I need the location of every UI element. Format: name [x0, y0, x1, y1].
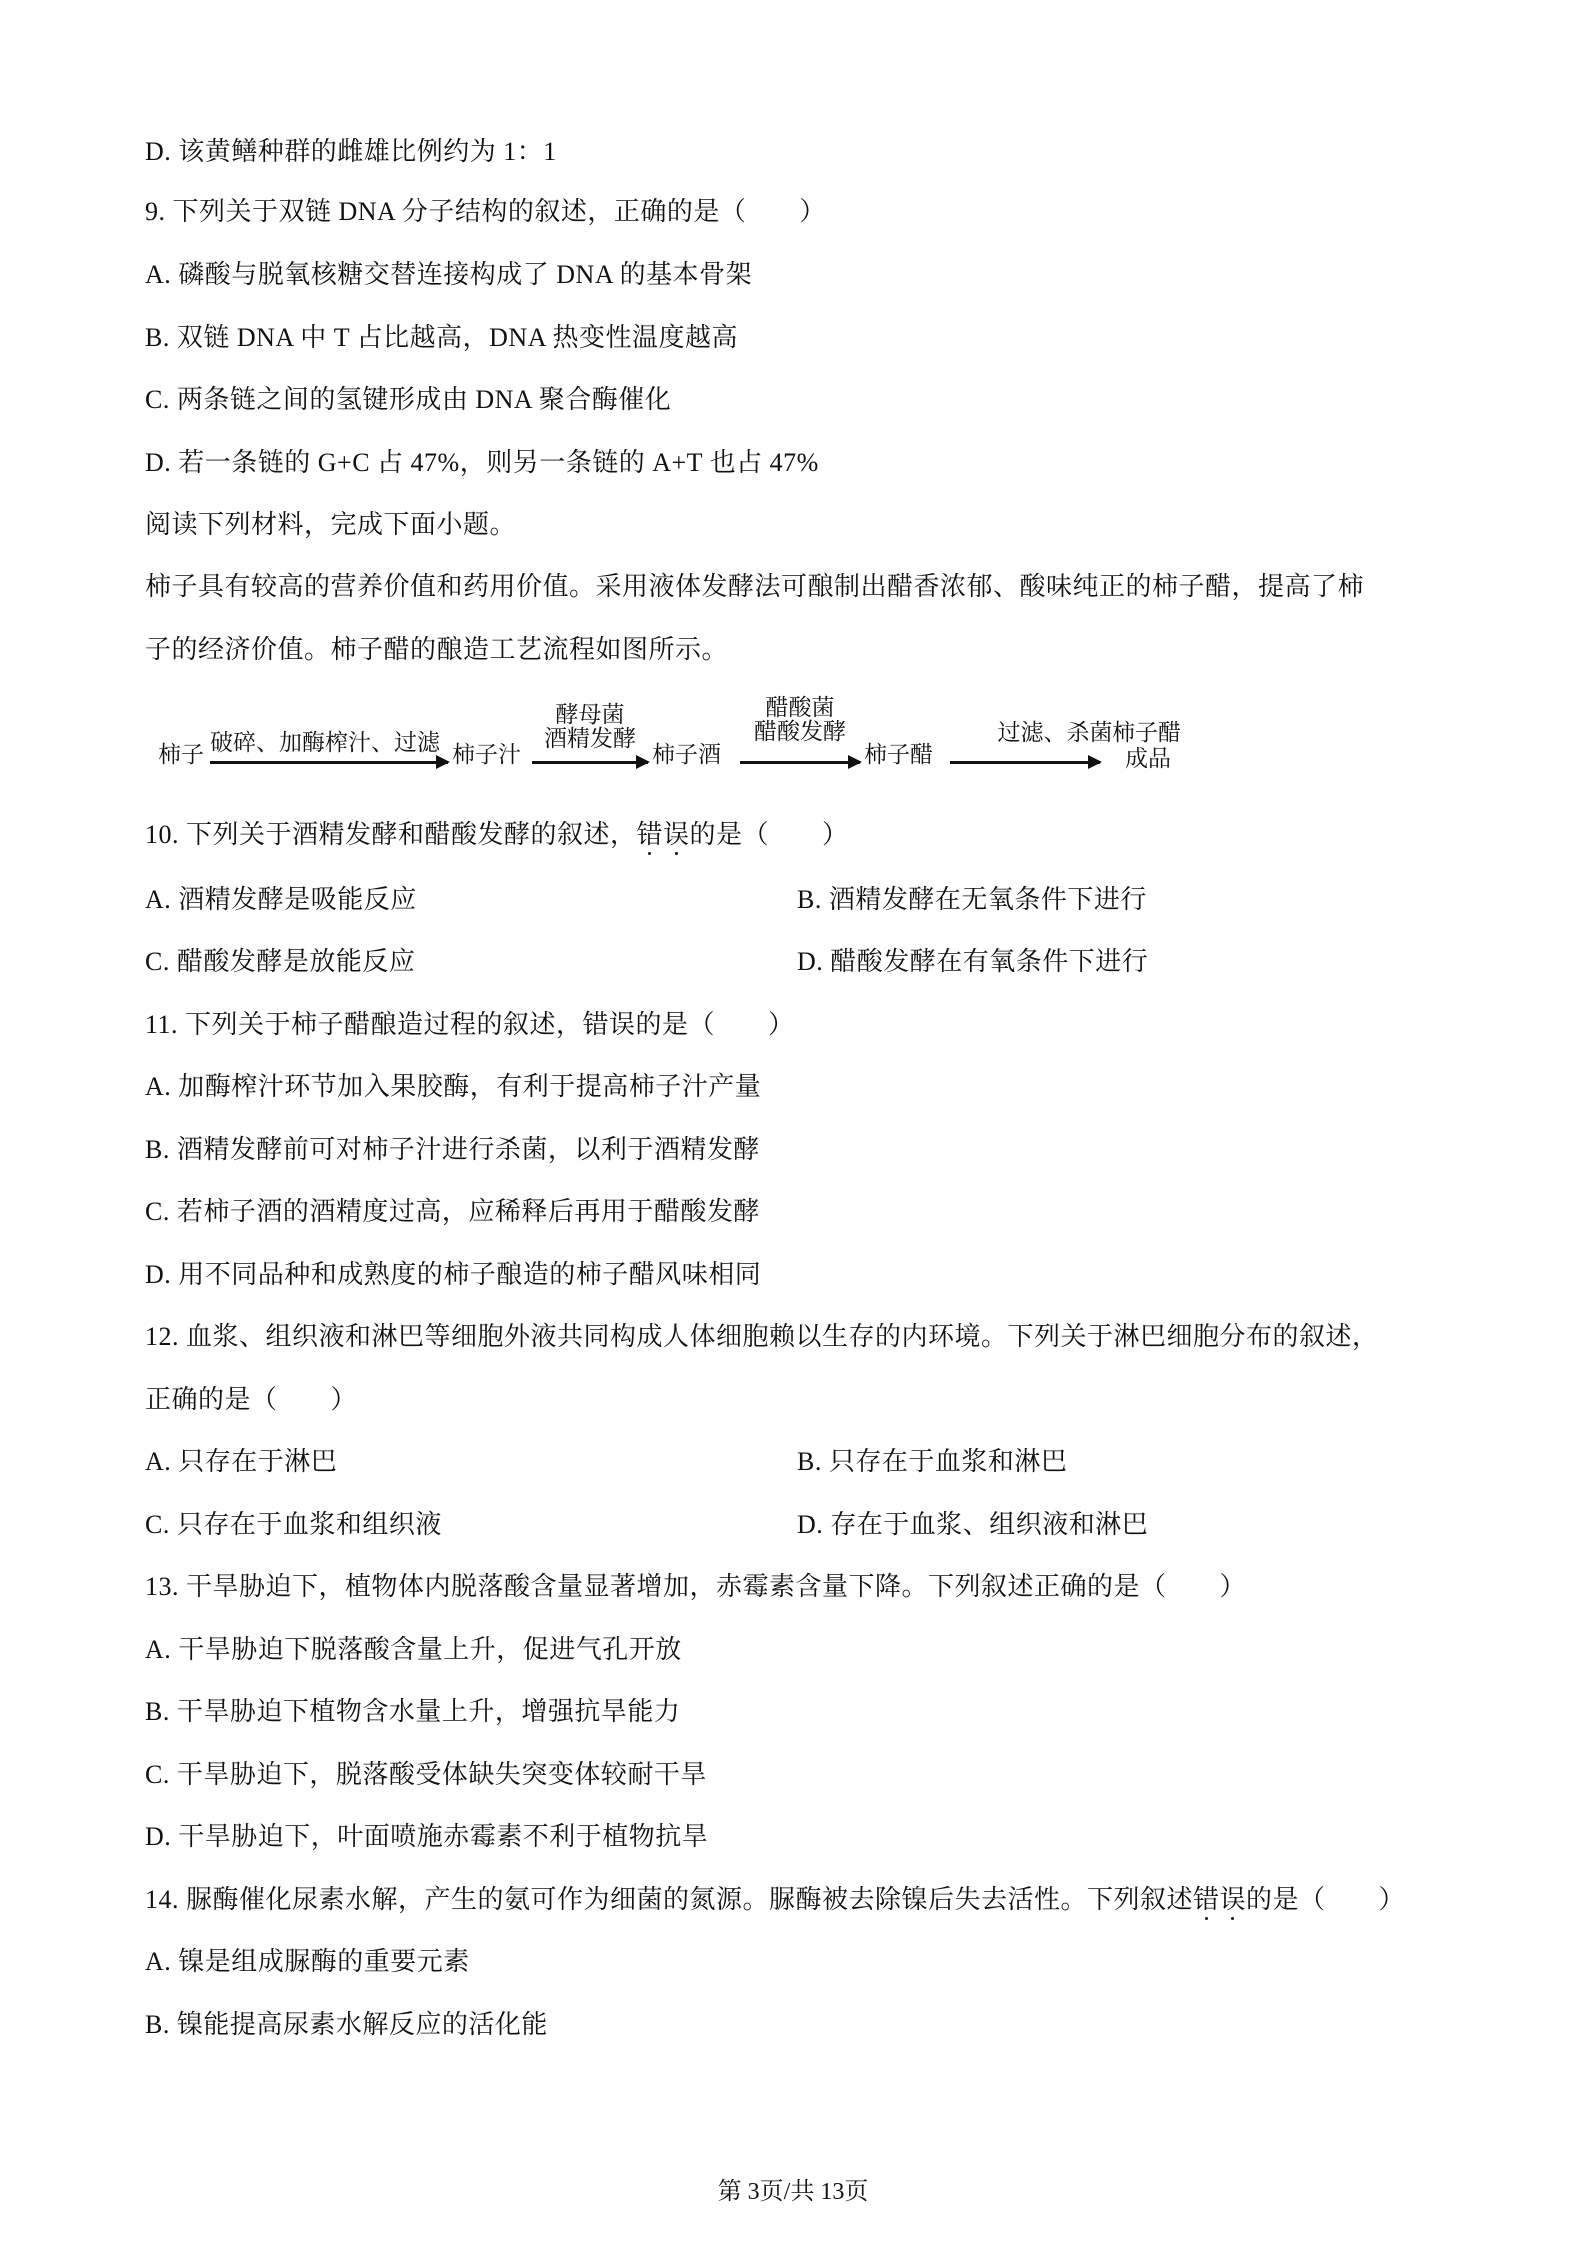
material-para-line2: 子的经济价值。柿子醋的酿造工艺流程如图所示。	[145, 632, 728, 668]
emphasis-char: 错	[1193, 1885, 1220, 1914]
q14-option-b: B. 镍能提高尿素水解反应的活化能	[145, 2007, 548, 2043]
q9-option-c: C. 两条链之间的氢键形成由 DNA 聚合酶催化	[145, 382, 671, 418]
q10-option-b: B. 酒精发酵在无氧条件下进行	[797, 882, 1147, 918]
q11-option-b: B. 酒精发酵前可对柿子汁进行杀菌，以利于酒精发酵	[145, 1132, 760, 1168]
q14-option-a: A. 镍是组成脲酶的重要元素	[145, 1944, 470, 1980]
flow-arrow-3	[740, 761, 860, 764]
q9-option-d: D. 若一条链的 G+C 占 47%，则另一条链的 A+T 也占 47%	[145, 445, 819, 481]
emphasis-char: 误	[663, 820, 690, 849]
flow-arrow-2	[532, 761, 648, 764]
flow-node-vinegar: 柿子醋	[864, 742, 933, 768]
q12-stem-line1: 12. 血浆、组织液和淋巴等细胞外液共同构成人体细胞赖以生存的内环境。下列关于淋…	[145, 1319, 1379, 1355]
material-para-line1: 柿子具有较高的营养价值和药用价值。采用液体发酵法可酿制出醋香浓郁、酸味纯正的柿子…	[145, 569, 1364, 605]
q13-option-b: B. 干旱胁迫下植物含水量上升，增强抗旱能力	[145, 1694, 680, 1730]
q9-stem: 9. 下列关于双链 DNA 分子结构的叙述，正确的是（ ）	[145, 194, 826, 230]
flow-arrow-2-label-top: 酵母菌	[530, 702, 650, 727]
q13-option-c: C. 干旱胁迫下，脱落酸受体缺失突变体较耐干旱	[145, 1757, 707, 1793]
flow-arrow-3-label-top: 醋酸菌	[740, 695, 860, 720]
q13-option-a: A. 干旱胁迫下脱落酸含量上升，促进气孔开放	[145, 1632, 682, 1668]
q12-option-c: C. 只存在于血浆和组织液	[145, 1507, 442, 1543]
emphasis-char: 误	[1220, 1885, 1247, 1914]
flow-arrow-3-label: 醋酸发酵	[740, 719, 860, 744]
flow-node-final-vinegar: 柿子醋	[1112, 720, 1181, 746]
q9-option-a: A. 磷酸与脱氧核糖交替连接构成了 DNA 的基本骨架	[145, 257, 752, 293]
q12-option-d: D. 存在于血浆、组织液和淋巴	[797, 1507, 1148, 1543]
flow-arrow-4	[950, 761, 1100, 764]
q10-option-a: A. 酒精发酵是吸能反应	[145, 882, 417, 918]
q12-stem-line2: 正确的是（ ）	[145, 1382, 357, 1418]
q12-option-b: B. 只存在于血浆和淋巴	[797, 1444, 1067, 1480]
q12-option-a: A. 只存在于淋巴	[145, 1444, 337, 1480]
flow-arrow-2-label: 酒精发酵	[530, 726, 650, 751]
q10-stem: 10. 下列关于酒精发酵和醋酸发酵的叙述，错误的是（ ）	[145, 817, 849, 853]
flow-arrow-4-label: 过滤、杀菌	[990, 720, 1120, 745]
q10-option-c: C. 醋酸发酵是放能反应	[145, 944, 415, 980]
q10-option-d: D. 醋酸发酵在有氧条件下进行	[797, 944, 1148, 980]
flow-arrow-1	[210, 761, 448, 764]
q13-option-d: D. 干旱胁迫下，叶面喷施赤霉素不利于植物抗旱	[145, 1819, 708, 1855]
q13-stem: 13. 干旱胁迫下，植物体内脱落酸含量显著增加，赤霉素含量下降。下列叙述正确的是…	[145, 1569, 1246, 1605]
vinegar-process-flow-diagram: 柿子 破碎、加酶榨汁、过滤 柿子汁 酵母菌 酒精发酵 柿子酒 醋酸菌 醋酸发酵 …	[150, 690, 1280, 790]
flow-node-final-product: 成品	[1125, 746, 1171, 772]
emphasis-char: 错	[637, 820, 664, 849]
flow-arrow-1-label: 破碎、加酶榨汁、过滤	[210, 730, 440, 755]
q11-option-d: D. 用不同品种和成熟度的柿子酿造的柿子醋风味相同	[145, 1257, 761, 1293]
flow-node-persimmon: 柿子	[158, 742, 204, 768]
flow-node-wine: 柿子酒	[652, 742, 721, 768]
q14-stem: 14. 脲酶催化尿素水解，产生的氨可作为细菌的氮源。脲酶被去除镍后失去活性。下列…	[145, 1882, 1405, 1918]
q11-option-c: C. 若柿子酒的酒精度过高，应稀释后再用于醋酸发酵	[145, 1194, 760, 1230]
flow-node-juice: 柿子汁	[452, 742, 521, 768]
option-d-prev: D. 该黄鳝种群的雌雄比例约为 1：1	[145, 134, 557, 170]
q9-option-b: B. 双链 DNA 中 T 占比越高，DNA 热变性温度越高	[145, 320, 738, 356]
q11-option-a: A. 加酶榨汁环节加入果胶酶，有利于提高柿子汁产量	[145, 1069, 761, 1105]
q11-stem: 11. 下列关于柿子醋酿造过程的叙述，错误的是（ ）	[145, 1007, 795, 1043]
page-footer: 第 3页/共 13页	[0, 2176, 1586, 2208]
material-intro: 阅读下列材料，完成下面小题。	[145, 507, 516, 543]
